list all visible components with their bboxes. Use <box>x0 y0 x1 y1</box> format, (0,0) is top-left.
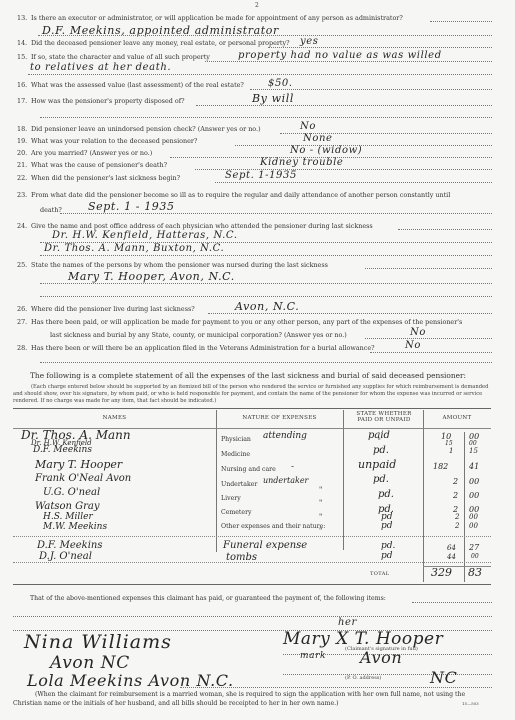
question-16: 16.What was the assessed value (last ass… <box>17 81 495 89</box>
header-nature: NATURE OF EXPENSES <box>216 415 343 421</box>
row-dollars: 182 <box>433 462 448 471</box>
row-cents: 41 <box>469 462 479 471</box>
question-19: 19.What was your relation to the decease… <box>17 137 495 145</box>
row-dollars: 2 <box>455 513 459 521</box>
form-number: 15—503 <box>462 701 479 706</box>
answer-22: Sept. 1-1935 <box>225 170 297 181</box>
dotted-line <box>13 616 492 617</box>
answer-19: None <box>303 133 333 144</box>
mark-label: mark <box>300 651 326 661</box>
dotted-line <box>283 674 492 675</box>
dotted-line <box>365 338 492 339</box>
dotted-line <box>215 182 492 183</box>
answer-20: No - (widow) <box>290 145 362 156</box>
row-status: pd. <box>373 445 389 456</box>
dotted-line <box>365 268 492 269</box>
total-cents: 83 <box>468 566 482 579</box>
dotted-line <box>40 283 492 284</box>
answer-28: No <box>405 340 421 351</box>
row-name: M.W. Meekins <box>43 522 107 532</box>
row-cents: 00 <box>469 522 478 530</box>
dotted-line <box>398 229 492 230</box>
question-14: 14.Did the deceased pensioner leave any … <box>17 39 495 47</box>
row-dollars: 44 <box>447 553 456 561</box>
row-status: pd <box>381 551 393 561</box>
row-name: D.F. Meekins <box>33 445 92 455</box>
question-21: 21.What was the cause of pensioner's dea… <box>17 161 495 169</box>
question-18: 18.Did pensioner leave an unindorsed pen… <box>17 125 495 133</box>
witness-1-address: Avon NC <box>50 653 130 673</box>
dotted-line <box>250 89 492 90</box>
row-nature: - <box>291 462 294 472</box>
answer-24: Dr. H.W. Kenfield, Hatteras, N.C. <box>52 230 238 241</box>
witness-1-signature: Nina Williams <box>24 631 172 653</box>
dotted-line <box>235 145 492 146</box>
statement-instructions: (Each charge entered below should be sup… <box>13 384 491 405</box>
row-cents: 00 <box>471 553 479 560</box>
row-status: pd. <box>373 474 389 485</box>
row-dollars: 15 <box>445 440 453 447</box>
row-cents: 00 <box>469 440 477 447</box>
dotted-line <box>370 352 492 353</box>
row-nature: " <box>319 527 322 535</box>
total-dollars: 329 <box>431 566 452 579</box>
answer-14: yes <box>300 36 319 47</box>
column-divider <box>343 410 344 550</box>
header-amount: AMOUNT <box>423 415 491 421</box>
row-nature: " <box>319 513 322 521</box>
answer-23: Sept. 1 - 1935 <box>88 200 175 213</box>
header-status: STATE WHETHER PAID OR UNPAID <box>348 411 420 423</box>
row-dollars: 2 <box>455 522 459 530</box>
row-nature: Funeral expense <box>223 540 307 551</box>
label-undertaker: Undertaker <box>221 481 257 488</box>
dotted-line <box>205 61 492 62</box>
row-name: H.S. Miller <box>43 512 93 522</box>
row-name: D.F. Meekins <box>37 540 102 551</box>
question-27: 27.Has there been paid, or will applicat… <box>17 318 495 326</box>
answer-27: No <box>410 327 426 338</box>
row-status: unpaid <box>358 458 396 471</box>
row-dollars: 1 <box>449 447 453 455</box>
dotted-line <box>180 687 492 688</box>
dotted-line <box>38 35 492 36</box>
po-address-label: (P. O. address) <box>345 675 381 681</box>
label-physician: Physician <box>221 436 251 443</box>
row-nature: attending <box>263 431 307 441</box>
question-23: 23.From what date did the pensioner beco… <box>17 191 495 199</box>
answer-25: Mary T. Hooper, Avon, N.C. <box>68 270 235 283</box>
dotted-line <box>13 562 491 563</box>
question-28: 28.Has there been or will there be an ap… <box>17 344 495 352</box>
label-cemetery: Cemetery <box>221 509 252 516</box>
dotted-line <box>40 362 492 363</box>
dotted-line <box>412 602 492 603</box>
answer-18: No <box>300 121 316 132</box>
dotted-line <box>208 313 492 314</box>
dotted-line <box>40 117 492 118</box>
row-nature: undertaker <box>263 476 308 485</box>
label-livery: Livery <box>221 495 241 502</box>
row-status: pd. <box>378 489 394 500</box>
row-dollars: 2 <box>453 491 458 500</box>
row-cents: 00 <box>469 477 479 486</box>
row-dollars: 64 <box>447 544 456 552</box>
pension-form-page: 2 13.Is there an executor or administrat… <box>0 0 515 720</box>
row-nature: " <box>319 486 322 494</box>
table-top-rule <box>13 408 491 409</box>
dotted-line <box>40 296 492 297</box>
table-bottom-rule <box>13 584 491 585</box>
row-status: pd <box>381 521 393 531</box>
dotted-line <box>40 255 492 256</box>
her-mark-label: her <box>338 617 357 628</box>
dotted-line <box>196 105 492 106</box>
page-mark: 2 <box>255 2 259 9</box>
row-name: U.G. O'neal <box>43 487 100 498</box>
row-nature: " <box>319 499 322 507</box>
question-20: 20.Are you married? (Answer yes or no.) <box>17 149 495 157</box>
column-divider <box>464 432 465 582</box>
dotted-line <box>430 21 492 22</box>
statement-heading: The following is a complete statement of… <box>30 372 508 380</box>
row-name: Frank O'Neal Avon <box>35 473 131 484</box>
label-medicine: Medicine <box>221 451 250 458</box>
label-other: Other expenses and their nature: <box>221 523 325 530</box>
answer-26: Avon, N.C. <box>235 300 299 313</box>
row-dollars: 2 <box>453 477 458 486</box>
column-divider <box>423 410 424 582</box>
row-cents: 00 <box>469 513 478 521</box>
answer-17: By will <box>252 92 294 105</box>
row-status: pd. <box>381 541 395 551</box>
row-cents: 27 <box>469 543 479 552</box>
header-names: NAMES <box>13 415 216 421</box>
row-name: Watson Gray <box>35 501 100 512</box>
dotted-line <box>28 74 492 75</box>
row-name: Mary T. Hooper <box>35 458 122 471</box>
total-label: TOTAL <box>370 571 389 577</box>
row-cents: 15 <box>469 447 478 455</box>
column-divider <box>216 410 217 552</box>
answer-15: property had no value as was willed <box>238 50 442 61</box>
row-name: D.J. O'neal <box>39 551 92 562</box>
answer-16: $50. <box>268 78 293 89</box>
footnote: (When the claimant for reimbursement is … <box>13 690 491 708</box>
dotted-line <box>13 536 491 537</box>
po-address-city: Avon <box>360 648 402 667</box>
row-cents: 00 <box>469 491 479 500</box>
answer-24-cont: Dr. Thos. A. Mann, Buxton, N.C. <box>44 243 224 254</box>
row-status: " <box>378 438 381 445</box>
po-address-state: NC <box>430 668 457 687</box>
label-nursing: Nursing and care <box>221 466 276 473</box>
question-13: 13.Is there an executor or administrator… <box>17 14 495 22</box>
dotted-line <box>268 47 492 48</box>
answer-21: Kidney trouble <box>260 157 343 168</box>
dotted-line <box>60 213 492 214</box>
answer-15-cont: to relatives at her death. <box>30 62 171 73</box>
